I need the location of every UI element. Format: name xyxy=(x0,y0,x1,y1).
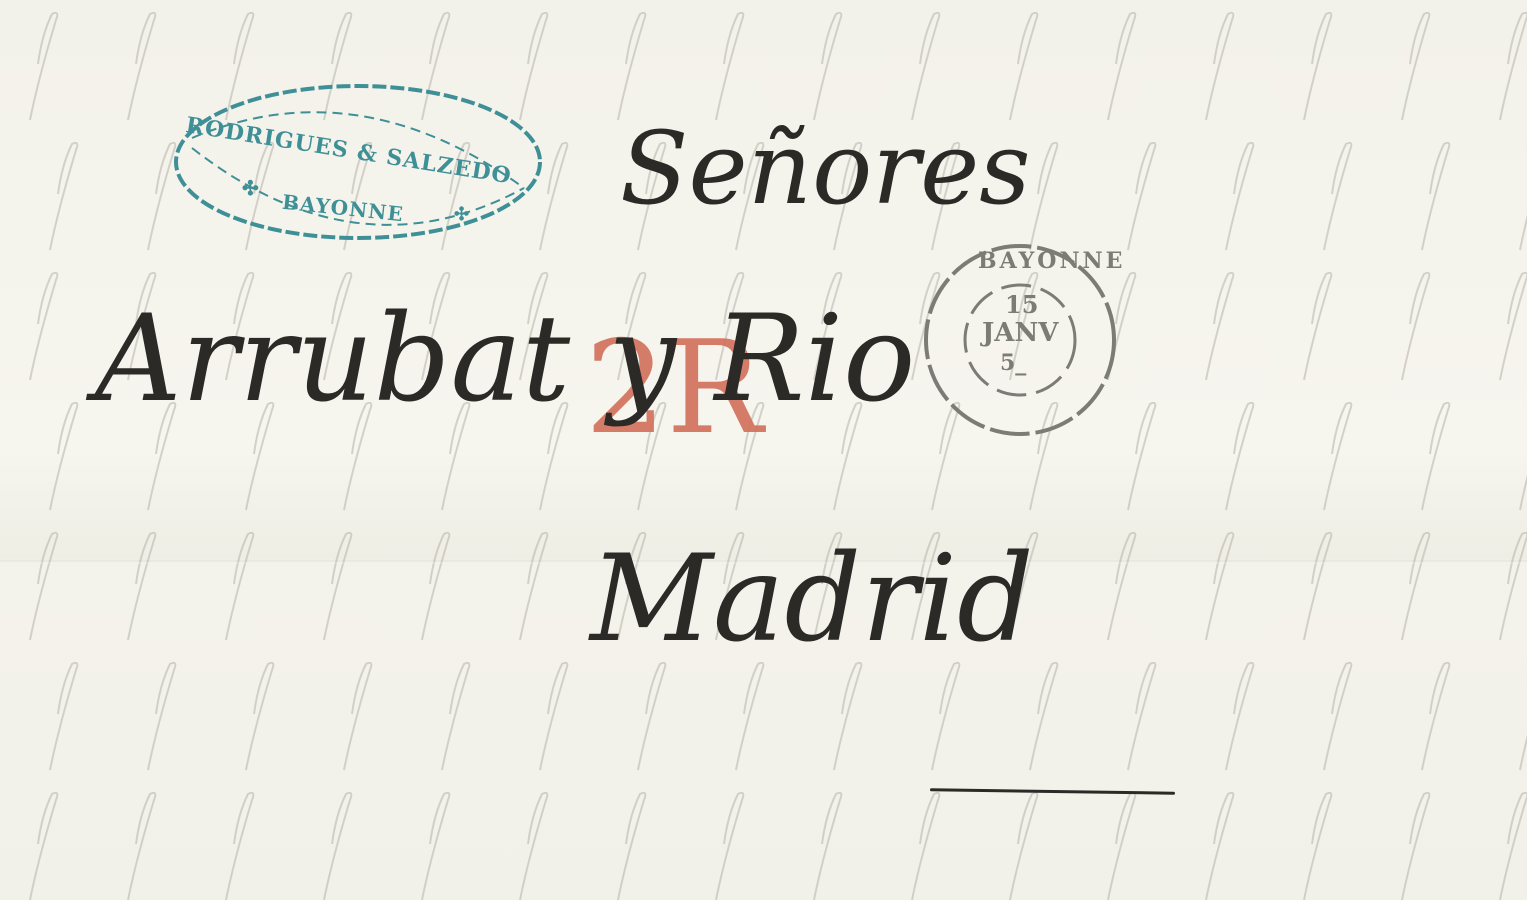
postmark-town: BAYONNE xyxy=(978,248,1125,274)
postmark-day: 15 xyxy=(1005,290,1038,319)
sender-cachet: RODRIGUES & SALZEDO BAYONNE ✣ ✣ xyxy=(172,78,544,246)
address-recipient: Arrubat y Rio xyxy=(95,290,915,429)
date-postmark: BAYONNE 15 JANV 5_ xyxy=(920,240,1120,440)
address-salutation: Señores xyxy=(620,110,1031,227)
cachet-star-left-icon: ✣ xyxy=(242,176,260,200)
address-city: Madrid xyxy=(590,530,1034,669)
postmark-year: 5_ xyxy=(1000,350,1026,376)
cachet-star-right-icon: ✣ xyxy=(454,204,470,225)
postmark-month: JANV xyxy=(982,318,1058,348)
